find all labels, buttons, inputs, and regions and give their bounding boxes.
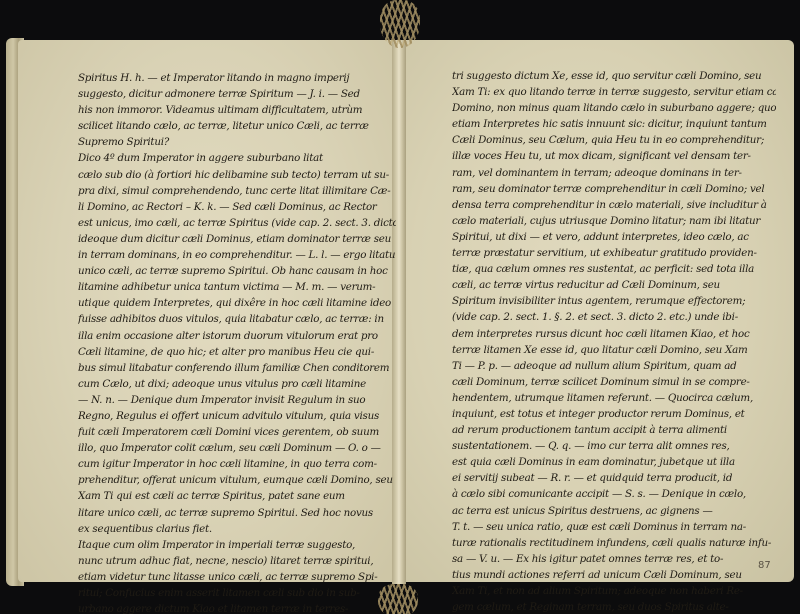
manuscript-line: etiam Interpretes hic satis innuunt sic:…: [452, 116, 776, 132]
manuscript-line: bus simul litabatur conferendo illum fam…: [78, 360, 396, 376]
manuscript-line: tius mundi actiones referri ad unicum Cæ…: [452, 567, 776, 583]
manuscript-line: sustentationem. — Q. q. — imo cur terra …: [452, 438, 776, 454]
manuscript-line: illo, quo Imperator colit cælum, seu cæl…: [78, 440, 396, 456]
manuscript-line: Regno, Regulus ei offert unicum advitulo…: [78, 408, 396, 424]
manuscript-line: (vide cap. 2. sect. 1. §. 2. et sect. 3.…: [452, 309, 776, 325]
manuscript-line: ac terra est unicus Spiritus destruens, …: [452, 503, 776, 519]
manuscript-line: Spiritui, ut dixi — et vero, addunt inte…: [452, 229, 776, 245]
manuscript-line: ei servitij subeat — R. r. — et quidquid…: [452, 470, 776, 486]
manuscript-line: Supremo Spiritui?: [78, 134, 396, 150]
manuscript-line: dem interpretes rursus dicunt hoc cæli l…: [452, 326, 776, 342]
manuscript-line: est unicus, imo cæli, ac terræ Spiritus …: [78, 215, 396, 231]
manuscript-line: prehenditur, offerat unicum vitulum, eum…: [78, 472, 396, 488]
manuscript-line: illa enim occasione alter istorum duorum…: [78, 328, 396, 344]
manuscript-line: T. t. — seu unica ratio, quæ est cæli Do…: [452, 519, 776, 535]
manuscript-line: Spiritum invisibiliter intus agentem, re…: [452, 293, 776, 309]
right-page-text: tri suggesto dictum Xe, esse id, quo ser…: [452, 68, 776, 614]
manuscript-line: urbano aggere dictum Kiao et litamen ter…: [78, 601, 396, 614]
manuscript-line: sa — V. u. — Ex his igitur patet omnes t…: [452, 551, 776, 567]
manuscript-line: litamine adhibetur unica tantum victima …: [78, 279, 396, 295]
manuscript-line: densa terra comprehenditur in cælo mater…: [452, 197, 776, 213]
manuscript-line: unico cæli, ac terræ supremo Spiritui. O…: [78, 263, 396, 279]
manuscript-line: Itaque cum olim Imperator in imperiali t…: [78, 537, 396, 553]
manuscript-line: ad rerum productionem tantum accipit à t…: [452, 422, 776, 438]
manuscript-line: à cælo sibi comunicante accipit — S. s. …: [452, 486, 776, 502]
manuscript-line: ram, seu dominator terræ comprehenditur …: [452, 181, 776, 197]
manuscript-line: nunc utrum adhuc fiat, necne, nescio) li…: [78, 553, 396, 569]
manuscript-line: gem cælum, et Reginam terram, seu duos S…: [452, 599, 776, 614]
manuscript-line: in terram dominans, in eo comprehenditur…: [78, 247, 396, 263]
manuscript-line: Ti — P. p. — adeoque ad nullum alium Spi…: [452, 358, 776, 374]
manuscript-line: utique quidem Interpretes, qui dixêre in…: [78, 295, 396, 311]
manuscript-line: hendentem, utrumque litamen referunt. — …: [452, 390, 776, 406]
manuscript-line: Xam Ti, et non ad alium Spiritum; adeoqu…: [452, 583, 776, 599]
manuscript-line: cælo sub dio (à fortiori hic delibamine …: [78, 167, 396, 183]
manuscript-line: pra dixi, simul comprehendendo, tunc cer…: [78, 183, 396, 199]
page-number: 87: [758, 560, 771, 571]
manuscript-line: litare unico cæli, ac terræ supremo Spir…: [78, 505, 396, 521]
manuscript-line: fuit cæli Imperatorem cæli Domini vices …: [78, 424, 396, 440]
manuscript-line: inquiunt, est totus et integer productor…: [452, 406, 776, 422]
manuscript-line: his non immoror. Videamus ultimam diffic…: [78, 102, 396, 118]
manuscript-line: turæ rationalis rectitudinem infundens, …: [452, 535, 776, 551]
manuscript-line: ritui; Confucius enim asserit litamen cæ…: [78, 585, 396, 601]
manuscript-line: fuisse adhibitos duos vitulos, quia lita…: [78, 311, 396, 327]
manuscript-line: Xam Ti qui est cæli ac terræ Spiritus, p…: [78, 488, 396, 504]
manuscript-line: li Domino, ac Rectori – K. k. — Sed cæli…: [78, 199, 396, 215]
manuscript-line: Spiritus H. h. — et Imperator litando in…: [78, 70, 396, 86]
manuscript-line: Cæli litamine, de quo hic; et alter pro …: [78, 344, 396, 360]
manuscript-line: cæli, ac terræ virtus reducitur ad Cæli …: [452, 277, 776, 293]
manuscript-line: tri suggesto dictum Xe, esse id, quo ser…: [452, 68, 776, 84]
manuscript-line: Domino, non minus quam litando cælo in s…: [452, 100, 776, 116]
left-page-text: Spiritus H. h. — et Imperator litando in…: [78, 70, 396, 614]
manuscript-line: cum igitur Imperator in hoc cæli litamin…: [78, 456, 396, 472]
manuscript-line: terræ præstatur servitium, ut exhibeatur…: [452, 245, 776, 261]
manuscript-line: Dico 4º dum Imperator in aggere suburban…: [78, 150, 396, 166]
manuscript-line: illæ voces Heu tu, ut mox dicam, signifi…: [452, 148, 776, 164]
manuscript-line: Xam Ti: ex quo litando terræ in terræ su…: [452, 84, 776, 100]
manuscript-line: cælo materiali, cujus utriusque Domino l…: [452, 213, 776, 229]
manuscript-line: ideoque dum dicitur cæli Dominus, etiam …: [78, 231, 396, 247]
manuscript-line: cum Cælo, ut dixi; adeoque unus vitulus …: [78, 376, 396, 392]
manuscript-line: est quia cæli Dominus in eam dominatur, …: [452, 454, 776, 470]
manuscript-line: suggesto, dicitur admonere terræ Spiritu…: [78, 86, 396, 102]
manuscript-line: tiæ, qua cælum omnes res sustentat, ac p…: [452, 261, 776, 277]
manuscript-line: ram, vel dominantem in terram; adeoque d…: [452, 165, 776, 181]
manuscript-spread: Spiritus H. h. — et Imperator litando in…: [0, 0, 800, 614]
manuscript-line: ex sequentibus clarius fiet.: [78, 521, 396, 537]
manuscript-line: Cæli Dominus, seu Cælum, quia Heu tu in …: [452, 132, 776, 148]
manuscript-line: — N. n. — Denique dum Imperator invisit …: [78, 392, 396, 408]
manuscript-line: terræ litamen Xe esse id, quo litatur cæ…: [452, 342, 776, 358]
manuscript-line: etiam videtur tunc litasse unico cæli, a…: [78, 569, 396, 585]
manuscript-line: scilicet litando cælo, ac terræ, litetur…: [78, 118, 396, 134]
manuscript-line: cæli Dominum, terræ scilicet Dominum sim…: [452, 374, 776, 390]
binding-thread-top: [380, 0, 420, 48]
